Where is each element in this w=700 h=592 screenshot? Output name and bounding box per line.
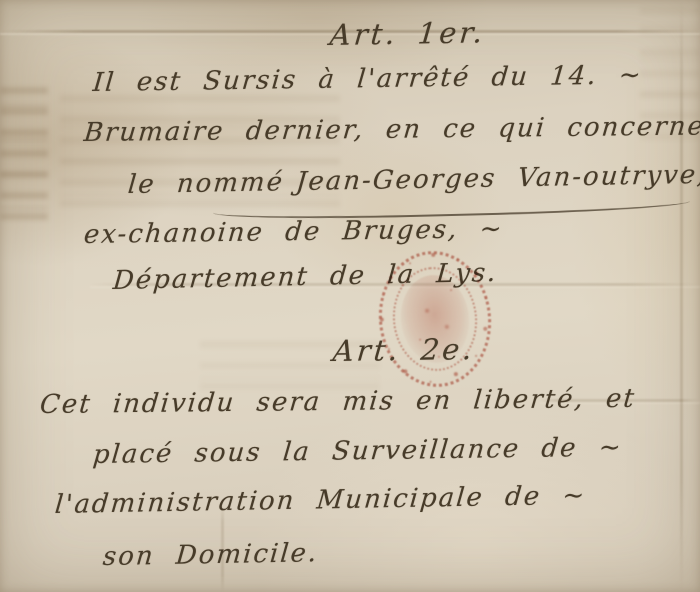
stamp-ink-speckles <box>372 257 374 259</box>
article-2-line-3: l'administration Municipale de ~ <box>54 481 588 520</box>
article-2-heading: Art. 2e. <box>331 332 476 368</box>
article-2-line-1: Cet individu sera mis en liberté, et <box>39 384 638 420</box>
article-1-heading: Art. 1er. <box>329 15 487 52</box>
article-1-line-3-prefix: le nommé <box>127 167 286 200</box>
article-1-line-2: Brumaire dernier, en ce qui concerne <box>83 111 700 148</box>
fold-crease-right <box>680 0 683 592</box>
article-2-line-2: placé sous la Surveillance de ~ <box>92 433 624 470</box>
article-1-line-1: Il est Sursis à l'arrêté du 14. ~ <box>92 60 644 98</box>
article-1-line-3-name: Jean-Georges Van-outryve, <box>295 160 700 197</box>
red-ink-stamp <box>372 246 498 393</box>
manuscript-page: Art. 1er. Il est Sursis à l'arrêté du 14… <box>0 0 700 592</box>
article-1-line-4: ex-chanoine de Bruges, ~ <box>83 214 505 250</box>
bleedthrough-ghost-left-edge <box>0 80 48 220</box>
article-2-line-4: son Domicile. <box>102 538 320 572</box>
